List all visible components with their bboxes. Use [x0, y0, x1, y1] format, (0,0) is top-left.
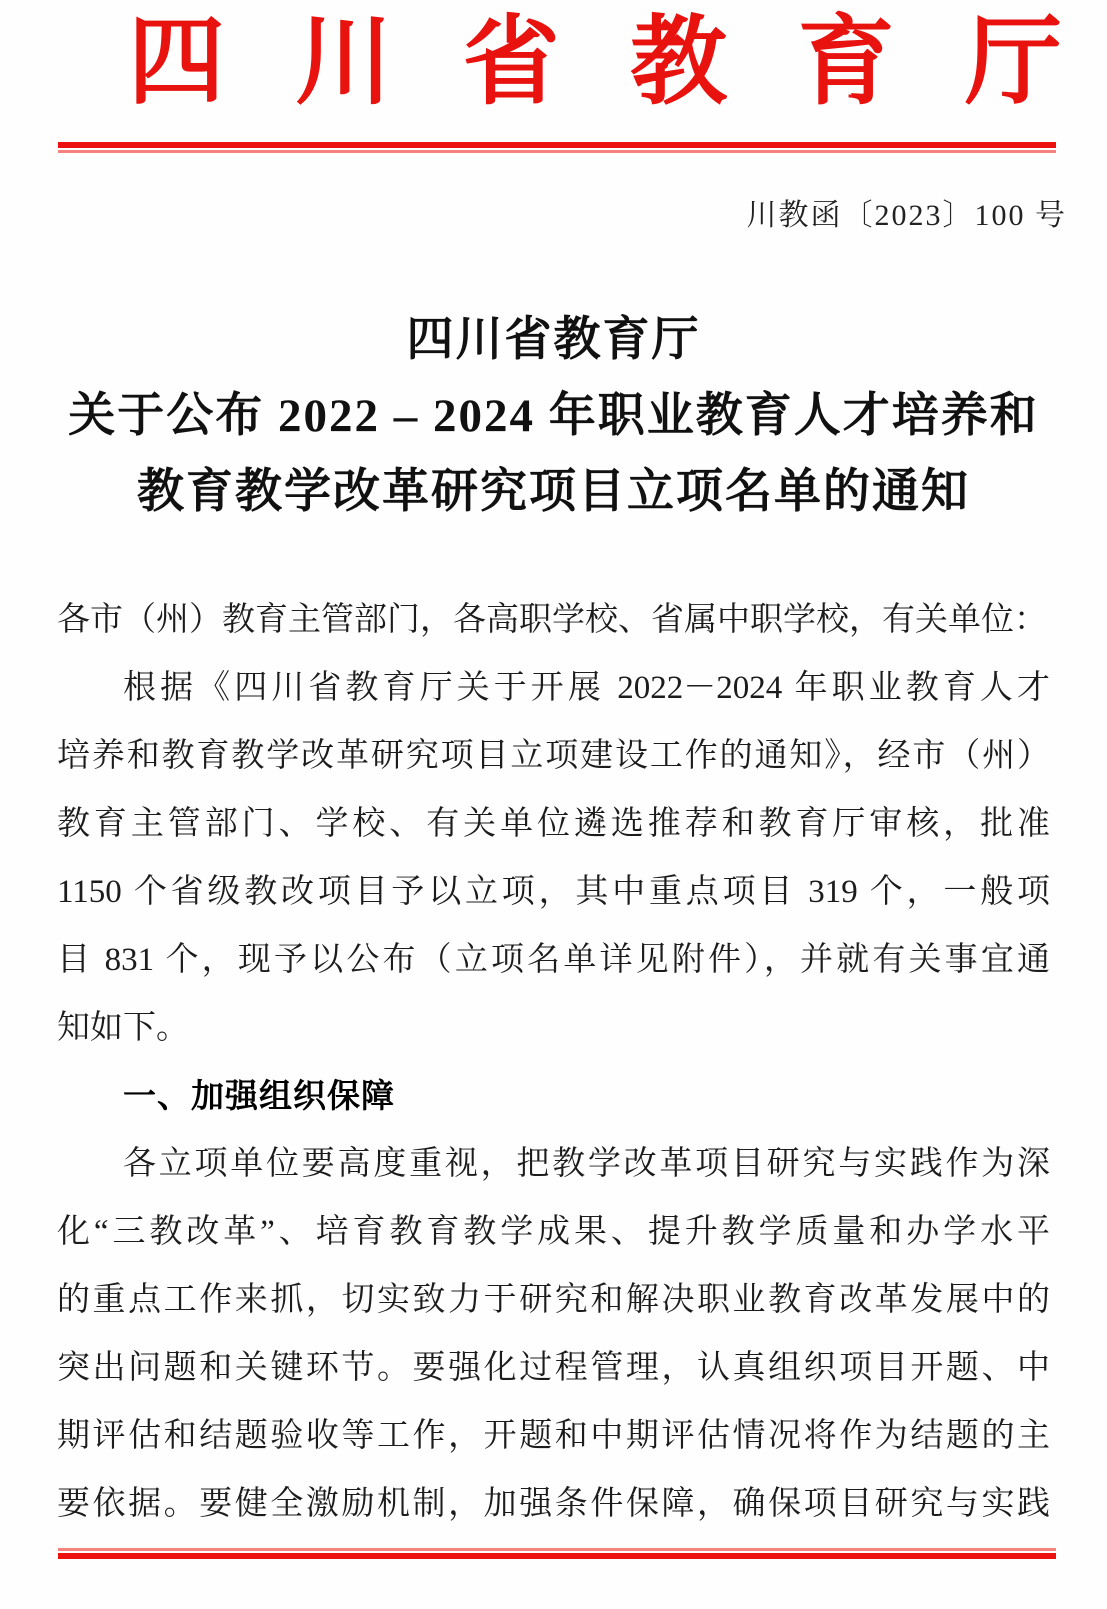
- section-heading: 一、加强组织保障: [57, 1062, 1050, 1130]
- title-line-1: 四川省教育厅: [0, 302, 1107, 378]
- masthead-char: 厅: [965, 14, 1062, 111]
- body-line: 根据《四川省教育厅关于开展 2022－2024 年职业教育人才: [57, 654, 1050, 722]
- agency-masthead: 四 川 省 教 育 厅: [128, 6, 1062, 118]
- masthead-char: 川: [295, 14, 392, 111]
- red-rule-bottom: [58, 1548, 1056, 1559]
- document-body: 各市（州）教育主管部门，各高职学校、省属中职学校，有关单位： 根据《四川省教育厅…: [57, 586, 1050, 1538]
- masthead-char: 四: [128, 14, 225, 111]
- masthead-char: 育: [798, 14, 895, 111]
- body-line: 化“三教改革”、培育教育教学成果、提升教学质量和办学水平: [57, 1198, 1050, 1266]
- title-line-3: 教育教学改革研究项目立项名单的通知: [0, 454, 1107, 530]
- salutation-line: 各市（州）教育主管部门，各高职学校、省属中职学校，有关单位：: [57, 586, 1050, 654]
- body-line: 各立项单位要高度重视，把教学改革项目研究与实践作为深: [57, 1130, 1050, 1198]
- title-line-2: 关于公布 2022 – 2024 年职业教育人才培养和: [0, 378, 1107, 454]
- body-line: 知如下。: [57, 994, 1050, 1062]
- body-line: 期评估和结题验收等工作，开题和中期评估情况将作为结题的主: [57, 1402, 1050, 1470]
- body-line: 突出问题和关键环节。要强化过程管理，认真组织项目开题、中: [57, 1334, 1050, 1402]
- red-rule-bottom-thick: [58, 1553, 1056, 1559]
- red-rule-top-thin: [58, 150, 1056, 153]
- document-page: 四 川 省 教 育 厅 川教函〔2023〕100 号 四川省教育厅 关于公布 2…: [0, 0, 1107, 1609]
- masthead-char: 教: [630, 14, 727, 111]
- body-line: 培养和教育教学改革研究项目立项建设工作的通知》，经市（州）: [57, 722, 1050, 790]
- body-line: 1150 个省级教改项目予以立项，其中重点项目 319 个，一般项: [57, 858, 1050, 926]
- body-line: 要依据。要健全激励机制，加强条件保障，确保项目研究与实践: [57, 1470, 1050, 1538]
- doc-number: 川教函〔2023〕100 号: [747, 190, 1068, 234]
- masthead-char: 省: [463, 14, 560, 111]
- red-rule-top: [58, 142, 1056, 153]
- body-line: 目 831 个，现予以公布（立项名单详见附件），并就有关事宜通: [57, 926, 1050, 994]
- body-line: 教育主管部门、学校、有关单位遴选推荐和教育厅审核，批准: [57, 790, 1050, 858]
- body-line: 的重点工作来抓，切实致力于研究和解决职业教育改革发展中的: [57, 1266, 1050, 1334]
- document-title: 四川省教育厅 关于公布 2022 – 2024 年职业教育人才培养和 教育教学改…: [0, 302, 1107, 530]
